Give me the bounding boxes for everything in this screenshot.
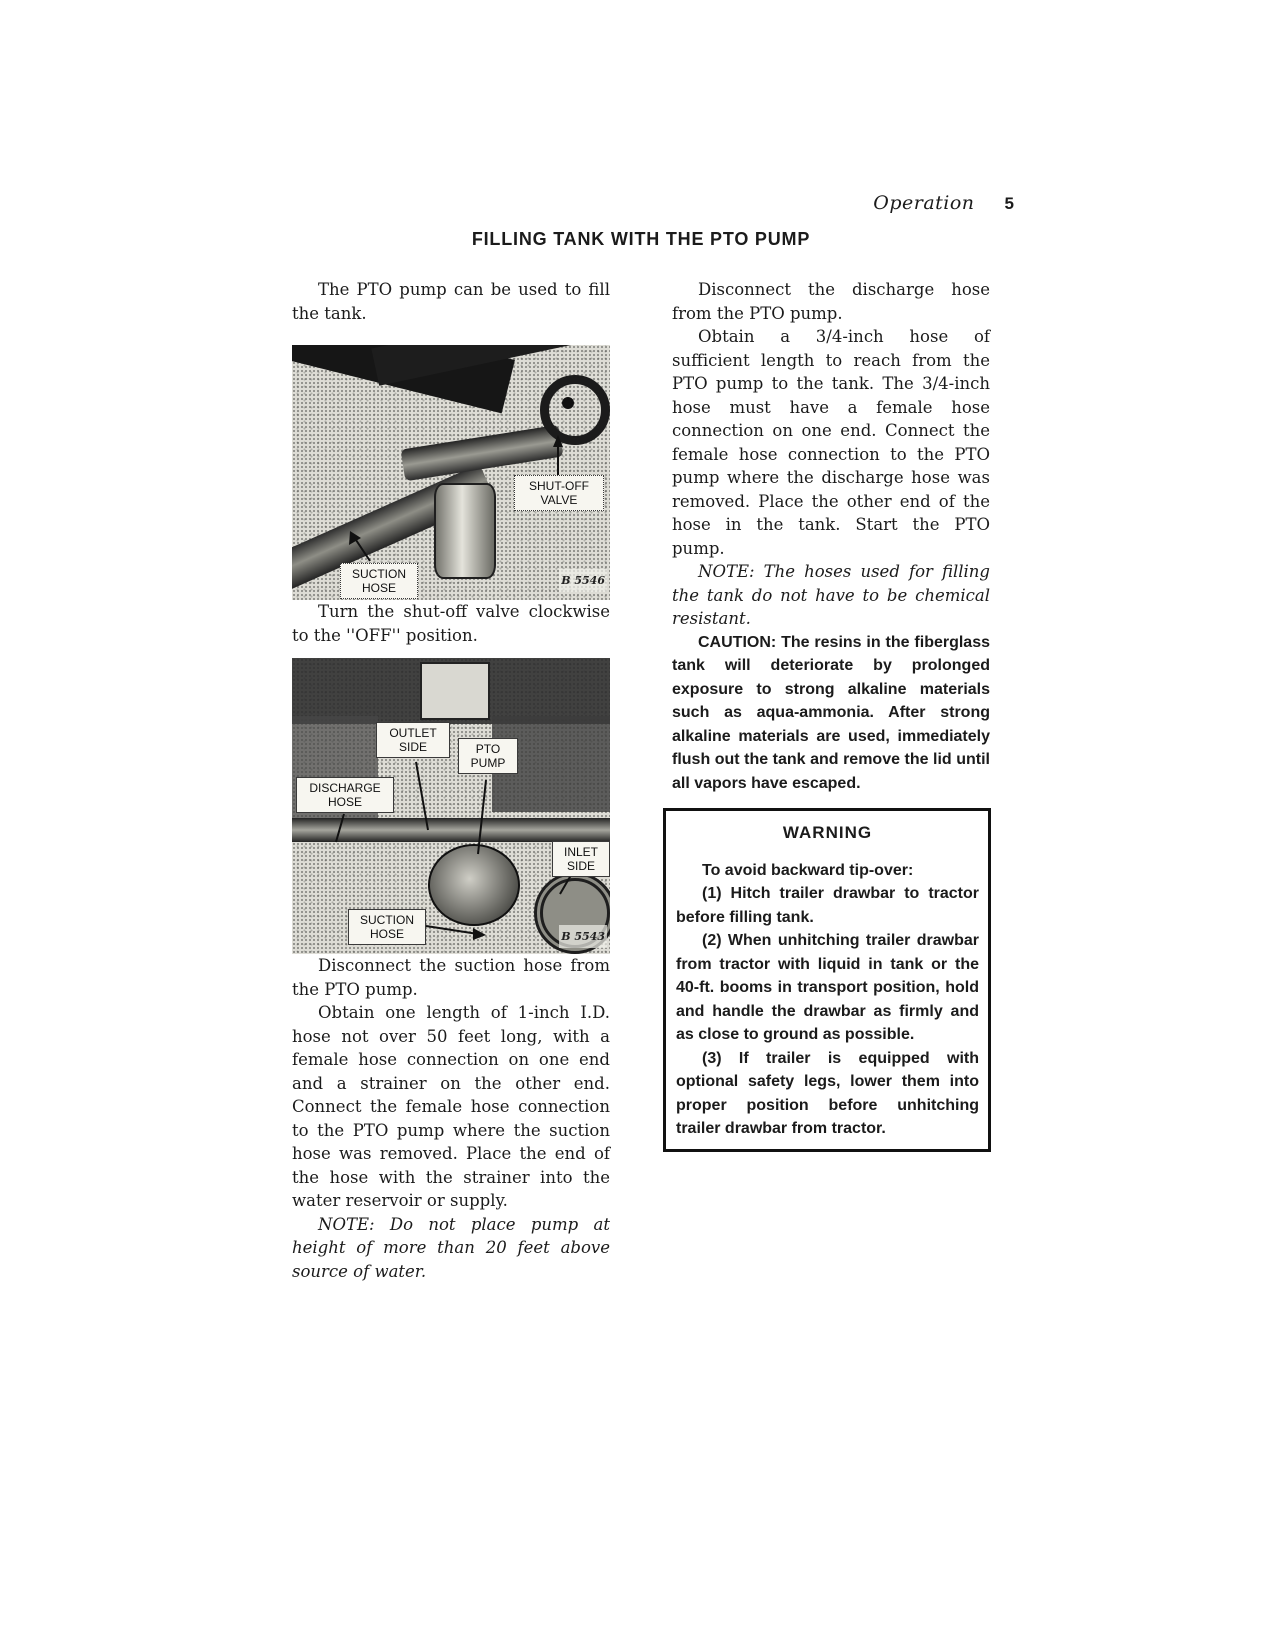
manual-page: Operation5 FILLING TANK WITH THE PTO PUM… bbox=[0, 0, 1275, 1650]
photo-reference: B 5546 bbox=[559, 569, 607, 593]
label-pto-pump: PTO PUMP bbox=[458, 738, 518, 774]
warning-intro: To avoid backward tip-over: bbox=[676, 859, 979, 883]
warning-box: WARNING To avoid backward tip-over: (1) … bbox=[663, 808, 991, 1152]
paragraph: The PTO pump can be used to fill the tan… bbox=[292, 278, 610, 325]
warning-title: WARNING bbox=[676, 821, 979, 845]
note-paragraph: NOTE: The hoses used for filling the tan… bbox=[672, 560, 990, 631]
caution-paragraph: CAUTION: The resins in the fiberglass ta… bbox=[672, 631, 990, 796]
page-header: Operation5 bbox=[292, 192, 1014, 214]
paragraph: Turn the shut-off valve clockwise to the… bbox=[292, 600, 610, 647]
warning-item: (1) Hitch trailer drawbar to tractor bef… bbox=[676, 882, 979, 929]
page-number: 5 bbox=[1005, 194, 1014, 213]
label-suction-hose: SUCTION HOSE bbox=[340, 563, 418, 599]
figure-pto-pump-photo: OUTLET SIDE PTO PUMP DISCHARGE HOSE INLE… bbox=[292, 658, 610, 954]
paragraph: Disconnect the suction hose from the PTO… bbox=[292, 954, 610, 1001]
label-discharge-hose: DISCHARGE HOSE bbox=[296, 777, 394, 813]
figure-shutoff-valve-photo: SHUT-OFF VALVE SUCTION HOSE B 5546 bbox=[292, 345, 610, 600]
photo-reference: B 5543 bbox=[559, 925, 607, 949]
paragraph: Obtain a 3/4-inch hose of sufficient len… bbox=[672, 325, 990, 560]
label-outlet-side: OUTLET SIDE bbox=[376, 722, 450, 758]
warning-item: (2) When unhitching trailer drawbar from… bbox=[676, 929, 979, 1047]
note-paragraph: NOTE: Do not place pump at height of mor… bbox=[292, 1213, 610, 1284]
label-shutoff-valve: SHUT-OFF VALVE bbox=[514, 475, 604, 511]
label-inlet-side: INLET SIDE bbox=[552, 841, 610, 877]
callout-arrows bbox=[292, 345, 610, 600]
paragraph: Disconnect the discharge hose from the P… bbox=[672, 278, 990, 325]
left-column: The PTO pump can be used to fill the tan… bbox=[292, 278, 610, 1283]
paragraph: Obtain one length of 1-inch I.D. hose no… bbox=[292, 1001, 610, 1213]
warning-item: (3) If trailer is equipped with optional… bbox=[676, 1047, 979, 1141]
section-title: Operation bbox=[873, 192, 974, 214]
right-column: Disconnect the discharge hose from the P… bbox=[672, 278, 990, 1152]
label-suction-hose: SUCTION HOSE bbox=[348, 909, 426, 945]
page-title: FILLING TANK WITH THE PTO PUMP bbox=[292, 229, 990, 250]
